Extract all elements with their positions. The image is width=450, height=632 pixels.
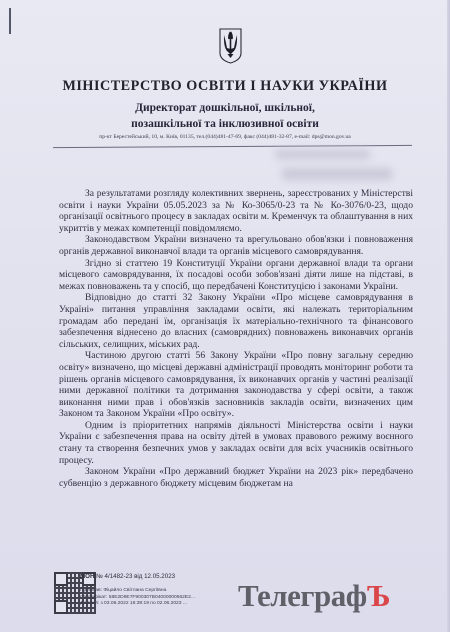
paragraph-6: Одним із пріоритетних напрямів діяльност… — [59, 420, 413, 466]
paragraph-4: Відповідно до статті 32 Закону України «… — [59, 292, 413, 350]
ministry-title: МІНІСТЕРСТВО ОСВІТИ І НАУКИ УКРАЇНИ — [0, 78, 450, 95]
letter-body: За результатами розгляду колективних зве… — [59, 188, 413, 489]
redacted-addressee-line-1 — [275, 150, 370, 159]
ministry-address: пр-кт Берестейський, 10, м. Київ, 01135,… — [0, 134, 450, 140]
directorate-line-1: Директорат дошкільної, шкільної, — [0, 100, 450, 116]
registration-value: № 4/1482-23 від 12.05.2023 — [96, 573, 175, 580]
paragraph-2: Законодавством України визначено та врег… — [59, 234, 413, 257]
binder-margin-mark — [9, 8, 11, 34]
document-page: МІНІСТЕРСТВО ОСВІТИ І НАУКИ УКРАЇНИ Дире… — [0, 0, 450, 632]
paragraph-5: Частиною другою статті 56 Закону України… — [59, 350, 413, 420]
signature-details: Підписав: Фіцайло Світлана Сергіївна Сер… — [80, 588, 195, 608]
paragraph-3: Згідно зі статтею 19 Конституції України… — [59, 258, 413, 293]
paragraph-7: Законом України «Про державний бюджет Ук… — [59, 466, 413, 489]
trident-emblem-icon — [218, 27, 243, 65]
paragraph-1: За результатами розгляду колективних зве… — [59, 188, 413, 234]
redacted-addressee-line-2 — [282, 168, 392, 180]
directorate-title: Директорат дошкільної, шкільної, позашкі… — [0, 100, 450, 132]
header-divider — [53, 145, 412, 148]
registration-prefix: МОН — [80, 573, 94, 580]
qr-finder-pattern — [54, 600, 68, 614]
registration-number: МОН № 4/1482-23 від 12.05.2023 — [80, 573, 175, 580]
certificate-validity: Дійсний: з 03.06.2022 16:39:19 по 02.06.… — [80, 601, 195, 608]
watermark-text: Телеграф — [238, 578, 367, 613]
watermark-accent-letter: Ъ — [367, 578, 390, 613]
directorate-line-2: позашкільної та інклюзивної освіти — [0, 116, 450, 132]
telegraf-watermark-logo: ТелеграфЪ — [238, 578, 390, 614]
signer-name: Підписав: Фіцайло Світлана Сергіївна — [80, 588, 195, 595]
